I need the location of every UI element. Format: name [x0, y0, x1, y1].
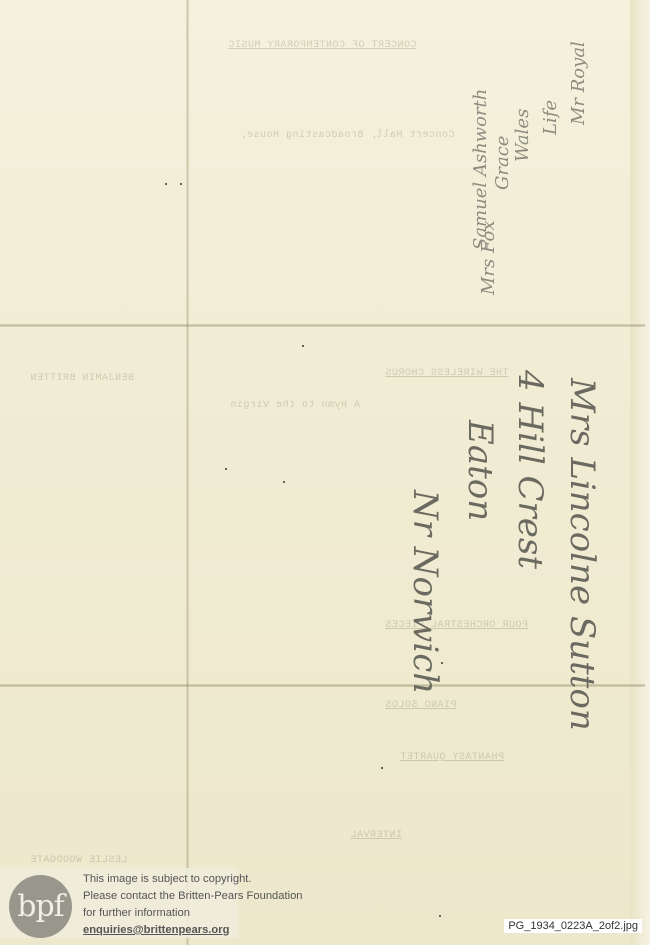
show-through-section: PIANO SOLOS — [385, 700, 457, 711]
paper-speck — [180, 183, 182, 185]
horizontal-fold-crease — [0, 684, 645, 687]
paper-speck — [302, 345, 304, 347]
paper-speck — [165, 183, 167, 185]
show-through-heading: CONCERT OF CONTEMPORARY MUSIC — [228, 40, 417, 51]
copyright-line: for further information — [83, 905, 303, 922]
bpf-logo-text: bpf — [17, 889, 64, 924]
vertical-fold-crease — [186, 0, 189, 945]
show-through-name: LESLIE WOODGATE — [30, 855, 128, 866]
handwritten-address-line: Eaton — [460, 420, 500, 521]
paper-speck — [225, 468, 227, 470]
image-filename-label: PG_1934_0223A_2of2.jpg — [504, 919, 642, 933]
horizontal-fold-crease — [0, 324, 645, 327]
show-through-section: PHANTASY QUARTET — [400, 752, 504, 763]
paper-speck — [381, 767, 383, 769]
show-through-section: THE WIRELESS CHORUS — [385, 368, 509, 379]
paper-speck — [439, 915, 441, 917]
handwritten-address-line: Mrs Lincolne Sutton — [562, 378, 602, 731]
show-through-line: A Hymn to the Virgin — [230, 400, 360, 411]
handwritten-address-line: Nr Norwich — [405, 490, 445, 694]
show-through-name: BENJAMIN BRITTEN — [30, 373, 134, 384]
handwritten-note: Mrs Fox — [478, 221, 499, 296]
copyright-line: Please contact the Britten-Pears Foundat… — [83, 888, 303, 905]
contact-email-link[interactable]: enquiries@brittenpears.org — [83, 924, 229, 936]
copyright-notice: This image is subject to copyright. Plea… — [83, 871, 303, 939]
show-through-section: INTERVAL — [350, 830, 402, 841]
bpf-logo: bpf — [9, 875, 72, 938]
handwritten-address-line: 4 Hill Crest — [510, 370, 550, 569]
paper-speck — [283, 481, 285, 483]
handwritten-note: Mr Royal — [568, 41, 589, 125]
paper-speck — [441, 662, 443, 664]
handwritten-note: Wales — [512, 109, 533, 162]
handwritten-note: Life — [540, 100, 561, 135]
page-edge — [630, 0, 650, 945]
handwritten-note: Grace — [492, 136, 513, 190]
show-through-venue: Concert Hall, Broadcasting House, — [240, 130, 455, 141]
copyright-line: This image is subject to copyright. — [83, 871, 303, 888]
